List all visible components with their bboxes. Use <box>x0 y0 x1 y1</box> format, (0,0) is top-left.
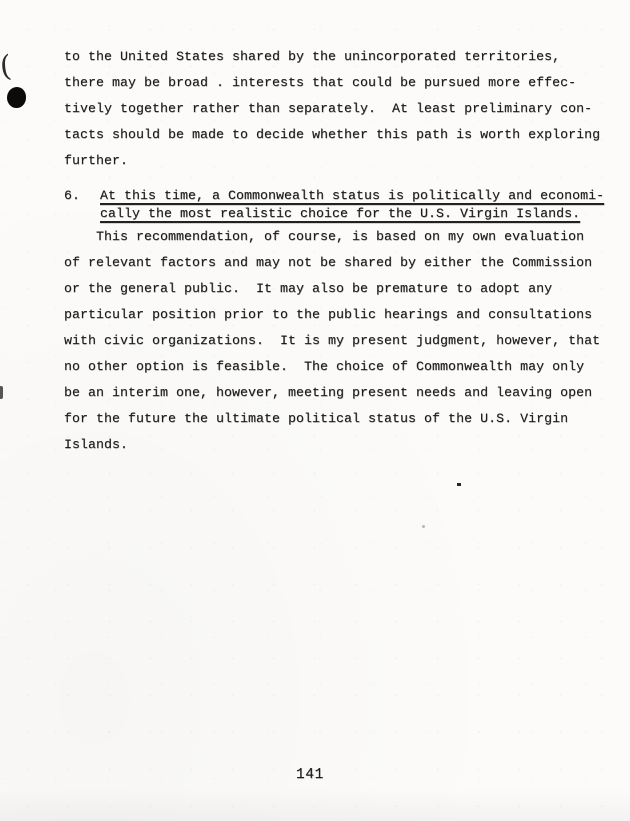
ink-speck <box>457 483 461 486</box>
section-heading-line: At this time, a Commonwealth status is p… <box>100 187 604 205</box>
text-line: no other option is feasible. The choice … <box>64 354 600 380</box>
text-line: tacts should be made to decide whether t… <box>64 122 600 148</box>
paragraph-1: to the United States shared by the uninc… <box>64 44 600 174</box>
edge-smudge-mark <box>0 386 3 399</box>
paragraph-2: This recommendation, of course, is based… <box>64 224 600 458</box>
text-line: with civic organizations. It is my prese… <box>64 328 600 354</box>
text-line: there may be broad . interests that coul… <box>64 70 600 96</box>
section-6-heading: 6. At this time, a Commonwealth status i… <box>64 187 604 223</box>
text-line: particular position prior to the public … <box>64 302 600 328</box>
text-line: of relevant factors and may not be share… <box>64 250 600 276</box>
text-line: Islands. <box>64 432 600 458</box>
text-line: tively together rather than separately. … <box>64 96 600 122</box>
text-line: for the future the ultimate political st… <box>64 406 600 432</box>
text-line: further. <box>64 148 600 174</box>
section-number: 6. <box>64 187 80 205</box>
text-line: or the general public. It may also be pr… <box>64 276 600 302</box>
handwritten-paren-mark: ( <box>0 51 13 81</box>
text-line: to the United States shared by the uninc… <box>64 44 600 70</box>
ink-dot-mark <box>7 87 26 108</box>
page-number: 141 <box>296 767 324 783</box>
text-line: be an interim one, however, meeting pres… <box>64 380 600 406</box>
section-heading-line: cally the most realistic choice for the … <box>100 205 604 223</box>
document-page: ( to the United States shared by the uni… <box>0 0 630 821</box>
ink-speck <box>422 525 425 528</box>
text-line: This recommendation, of course, is based… <box>64 224 600 250</box>
